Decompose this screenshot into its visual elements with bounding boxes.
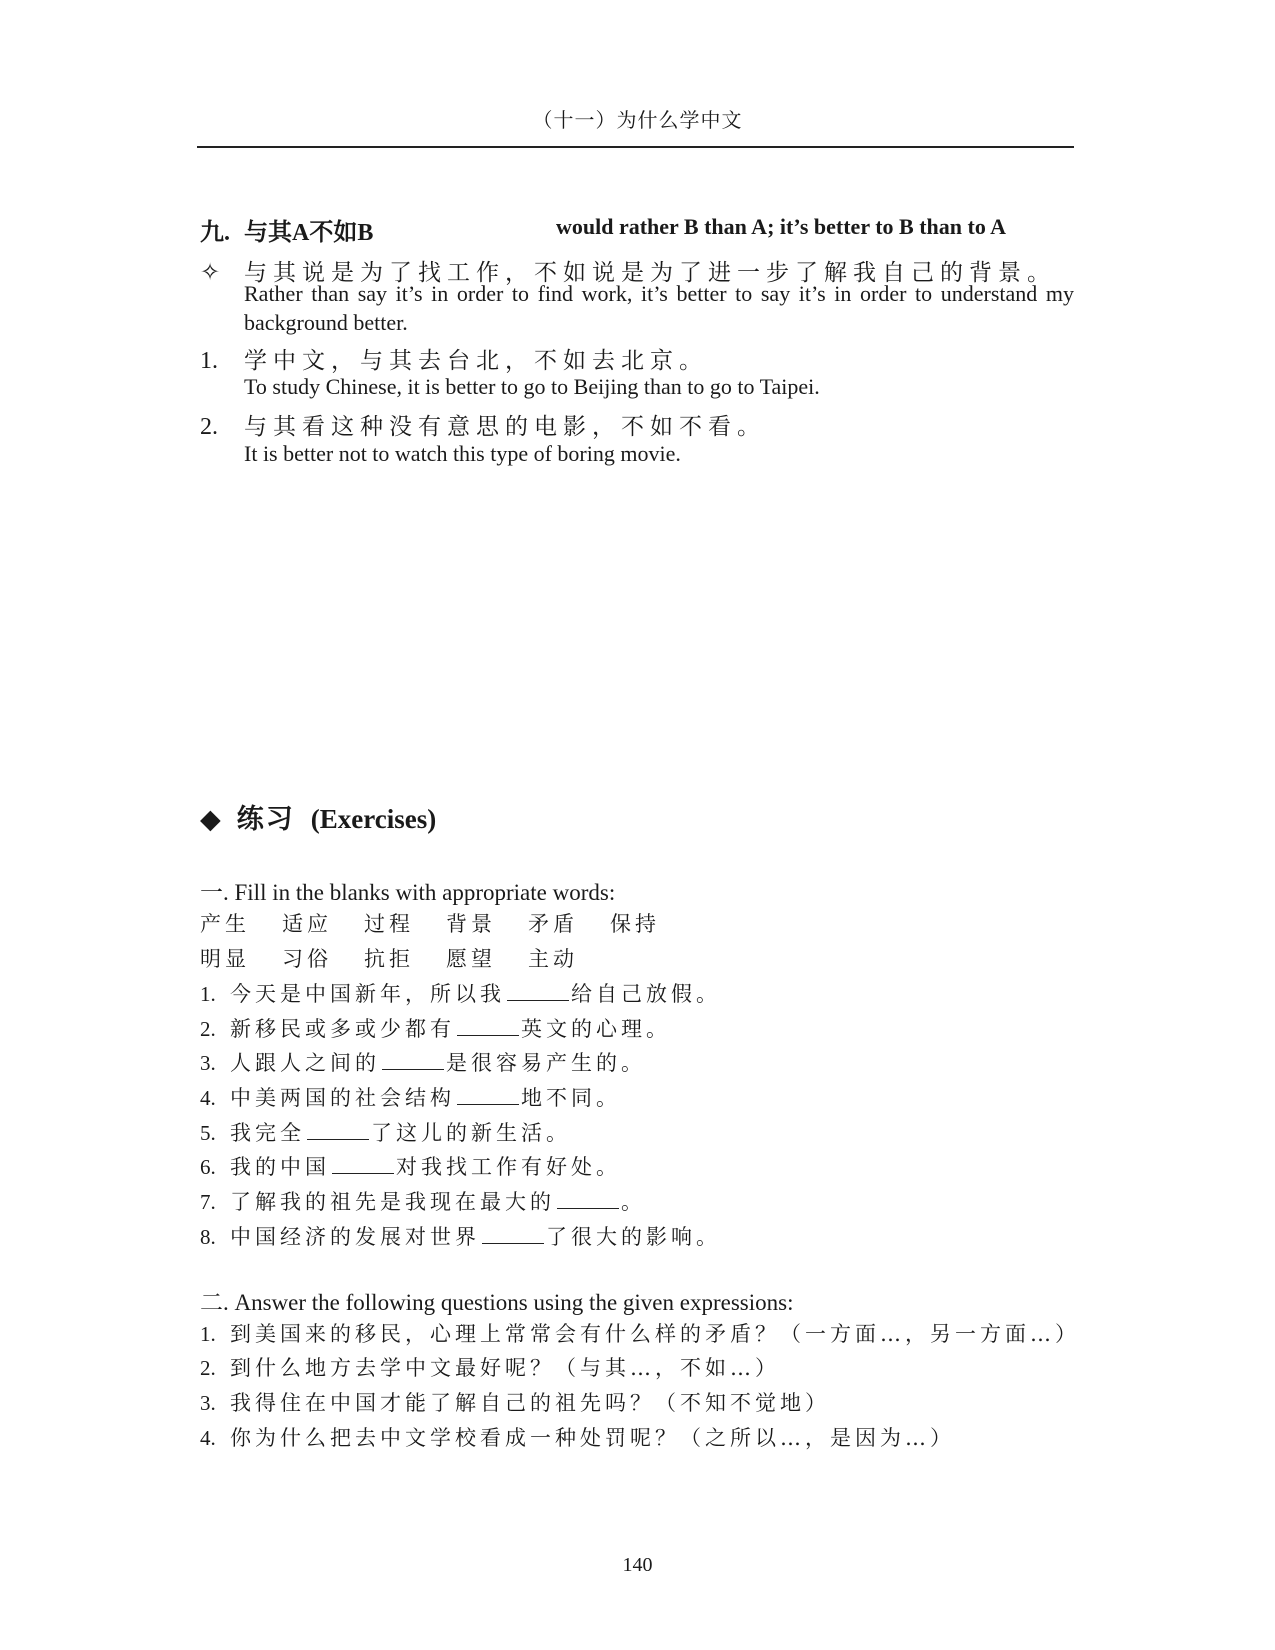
item-text-before: 我的中国 bbox=[230, 1155, 330, 1179]
item-chinese: 学中文，与其去台北，不如去北京。 bbox=[244, 348, 708, 374]
item-number: 7. bbox=[200, 1190, 230, 1215]
fill-blank[interactable] bbox=[457, 1015, 519, 1036]
item-text-after: 对我找工作有好处。 bbox=[396, 1155, 621, 1179]
exercises-title-zh: 练习 bbox=[237, 804, 295, 835]
fill-blank[interactable] bbox=[507, 980, 569, 1001]
word-bank-word: 抗拒 bbox=[364, 947, 414, 971]
question-text: 我得住在中国才能了解自己的祖先吗？（不知不觉地） bbox=[230, 1391, 830, 1415]
fill-blank-item-2: 2.新移民或多或少都有英文的心理。 bbox=[200, 1013, 671, 1043]
item-text-after: 了这儿的新生活。 bbox=[371, 1121, 571, 1145]
question-text: 你为什么把去中文学校看成一种处罚呢？（之所以…，是因为…） bbox=[230, 1426, 955, 1450]
header-divider bbox=[197, 146, 1074, 148]
item-text-after: 。 bbox=[621, 1190, 646, 1214]
word-bank-word: 背景 bbox=[446, 912, 496, 936]
fill-blank[interactable] bbox=[482, 1223, 544, 1244]
item-number: 3. bbox=[200, 1391, 230, 1416]
fill-blank-item-3: 3.人跟人之间的是很容易产生的。 bbox=[200, 1047, 646, 1077]
word-bank-word: 保持 bbox=[610, 912, 660, 936]
item-number: 1. bbox=[200, 348, 244, 375]
question-item-3: 3.我得住在中国才能了解自己的祖先吗？（不知不觉地） bbox=[200, 1387, 830, 1417]
page-number: 140 bbox=[0, 1554, 1275, 1577]
fill-blank[interactable] bbox=[332, 1153, 394, 1174]
fill-blank-item-8: 8.中国经济的发展对世界了很大的影响。 bbox=[200, 1221, 721, 1251]
item-text-before: 了解我的祖先是我现在最大的 bbox=[230, 1190, 555, 1214]
item-text-after: 了很大的影响。 bbox=[546, 1225, 721, 1249]
fill-blank[interactable] bbox=[307, 1119, 369, 1140]
item-text-after: 英文的心理。 bbox=[521, 1017, 671, 1041]
word-bank-word: 过程 bbox=[364, 912, 414, 936]
question-item-1: 1.到美国来的移民，心理上常常会有什么样的矛盾？（一方面…，另一方面…） bbox=[200, 1318, 1080, 1348]
item-number: 1. bbox=[200, 1322, 230, 1347]
grammar-item-1: 1.学中文，与其去台北，不如去北京。 bbox=[200, 342, 708, 375]
item-number: 5. bbox=[200, 1121, 230, 1146]
grammar-point-number: 九. bbox=[200, 220, 230, 246]
part2-instructions: 二. Answer the following questions using … bbox=[200, 1284, 793, 1317]
grammar-point-pattern: 与其A不如B bbox=[244, 220, 373, 246]
item-number: 8. bbox=[200, 1225, 230, 1250]
exercises-title-en: (Exercises) bbox=[311, 804, 436, 834]
filled-diamond-icon: ◆ bbox=[200, 804, 221, 834]
word-bank-row-1: 产生适应过程背景矛盾保持 bbox=[200, 908, 692, 938]
hollow-diamond-icon: ✧ bbox=[200, 258, 244, 287]
grammar-point-gloss: would rather B than A; it’s better to B … bbox=[556, 214, 1006, 240]
word-bank-word: 明显 bbox=[200, 947, 250, 971]
item-chinese: 与其看这种没有意思的电影，不如不看。 bbox=[244, 414, 766, 440]
item-text-before: 我完全 bbox=[230, 1121, 305, 1145]
fill-blank-item-6: 6.我的中国对我找工作有好处。 bbox=[200, 1151, 621, 1181]
exercises-heading: ◆练习(Exercises) bbox=[200, 797, 436, 836]
part1-instructions: 一. Fill in the blanks with appropriate w… bbox=[200, 874, 615, 907]
item-text-before: 中国经济的发展对世界 bbox=[230, 1225, 480, 1249]
word-bank-word: 习俗 bbox=[282, 947, 332, 971]
item-text-after: 是很容易产生的。 bbox=[446, 1051, 646, 1075]
item-text-after: 地不同。 bbox=[521, 1086, 621, 1110]
item-text-before: 新移民或多或少都有 bbox=[230, 1017, 455, 1041]
item-number: 1. bbox=[200, 982, 230, 1007]
item-text-before: 人跟人之间的 bbox=[230, 1051, 380, 1075]
item-number: 2. bbox=[200, 1017, 230, 1042]
item-text-before: 今天是中国新年，所以我 bbox=[230, 982, 505, 1006]
word-bank-word: 产生 bbox=[200, 912, 250, 936]
grammar-item-2-english: It is better not to watch this type of b… bbox=[244, 441, 1074, 467]
running-header: （十一）为什么学中文 bbox=[0, 104, 1275, 133]
word-bank-word: 主动 bbox=[528, 947, 578, 971]
word-bank-row-2: 明显习俗抗拒愿望主动 bbox=[200, 943, 610, 973]
fill-blank[interactable] bbox=[457, 1084, 519, 1105]
word-bank-word: 矛盾 bbox=[528, 912, 578, 936]
fill-blank-item-1: 1.今天是中国新年，所以我给自己放假。 bbox=[200, 978, 721, 1008]
fill-blank-item-5: 5.我完全了这儿的新生活。 bbox=[200, 1117, 571, 1147]
item-number: 6. bbox=[200, 1155, 230, 1180]
example-english: Rather than say it’s in order to find wo… bbox=[244, 279, 1074, 337]
grammar-point-title: 九. 与其A不如B bbox=[200, 212, 373, 247]
grammar-item-1-english: To study Chinese, it is better to go to … bbox=[244, 374, 1074, 400]
item-number: 2. bbox=[200, 1356, 230, 1381]
item-number: 4. bbox=[200, 1086, 230, 1111]
fill-blank[interactable] bbox=[557, 1188, 619, 1209]
question-item-4: 4.你为什么把去中文学校看成一种处罚呢？（之所以…，是因为…） bbox=[200, 1422, 955, 1452]
item-number: 3. bbox=[200, 1051, 230, 1076]
item-text-before: 中美两国的社会结构 bbox=[230, 1086, 455, 1110]
question-item-2: 2.到什么地方去学中文最好呢？（与其…，不如…） bbox=[200, 1352, 780, 1382]
word-bank-word: 愿望 bbox=[446, 947, 496, 971]
word-bank-word: 适应 bbox=[282, 912, 332, 936]
question-text: 到美国来的移民，心理上常常会有什么样的矛盾？（一方面…，另一方面…） bbox=[230, 1322, 1080, 1346]
fill-blank-item-7: 7.了解我的祖先是我现在最大的。 bbox=[200, 1186, 646, 1216]
item-number: 4. bbox=[200, 1426, 230, 1451]
question-text: 到什么地方去学中文最好呢？（与其…，不如…） bbox=[230, 1356, 780, 1380]
item-text-after: 给自己放假。 bbox=[571, 982, 721, 1006]
item-number: 2. bbox=[200, 414, 244, 441]
fill-blank-item-4: 4.中美两国的社会结构地不同。 bbox=[200, 1082, 621, 1112]
fill-blank[interactable] bbox=[382, 1049, 444, 1070]
grammar-item-2: 2.与其看这种没有意思的电影，不如不看。 bbox=[200, 408, 766, 441]
